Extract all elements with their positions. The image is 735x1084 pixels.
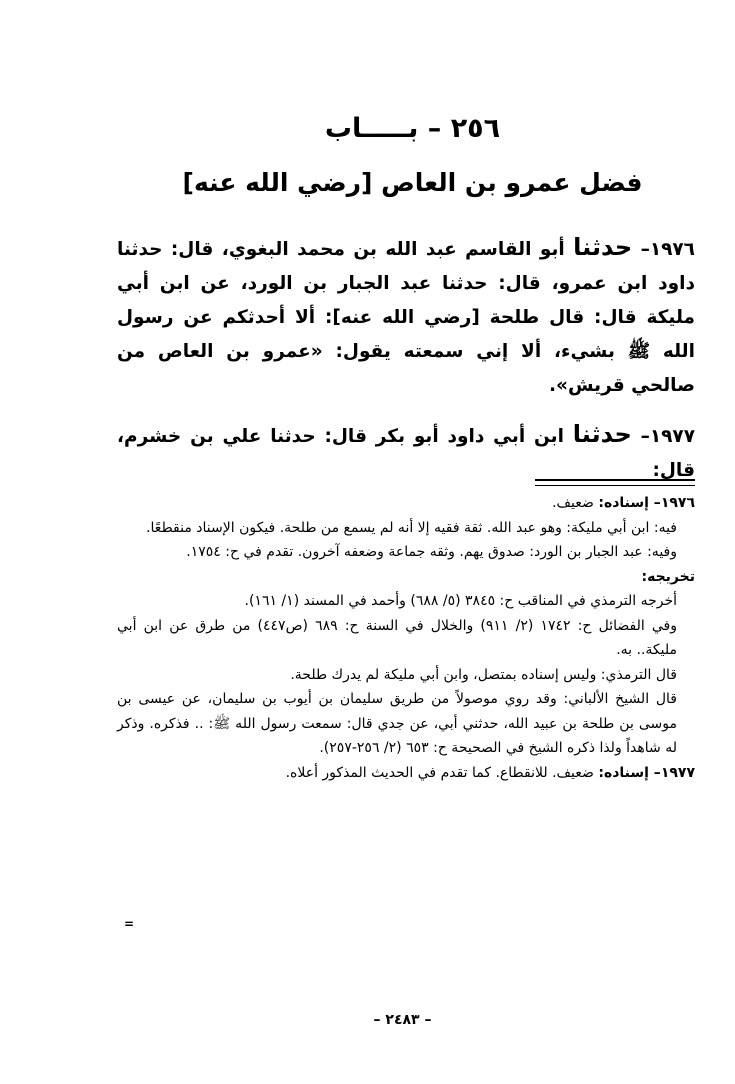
footnotes: ١٩٧٦– إسناده: ضعيف. فيه: ابن أبي مليكة: … bbox=[117, 491, 695, 785]
takhrij-line: أخرجه الترمذي في المناقب ح: ٣٨٤٥ (٥/ ٦٨٨… bbox=[117, 589, 695, 614]
footnote-separator bbox=[535, 479, 695, 486]
footnote-1976-line: فيه: ابن أبي مليكة: وهو عبد الله. ثقة فق… bbox=[117, 516, 695, 541]
haddathana-marker: حدثنا bbox=[573, 420, 632, 448]
chapter-title: فضل عمرو بن العاص [رضي الله عنه] bbox=[0, 168, 735, 197]
takhrij-heading: تخريجه: bbox=[117, 565, 695, 590]
hadith-1977: ١٩٧٧– حدثنا ابن أبي داود أبو بكر قال: حد… bbox=[117, 417, 695, 488]
book-page: ٢٥٦ – بـــــاب فضل عمرو بن العاص [رضي ال… bbox=[0, 0, 735, 1084]
chapter-number: ٢٥٦ – بـــــاب bbox=[0, 113, 735, 144]
hadith-number: ١٩٧٦– bbox=[641, 239, 695, 260]
haddathana-marker: حدثنا bbox=[573, 233, 632, 261]
footnote-1976-line: وفيه: عبد الجبار بن الورد: صدوق يهم. وثق… bbox=[117, 540, 695, 565]
hadith-number: ١٩٧٧– bbox=[641, 426, 695, 447]
footnote-1976-heading: ١٩٧٦– إسناده: ضعيف. bbox=[117, 491, 695, 516]
page-number: – ٢٤٨٣ – bbox=[0, 1012, 735, 1028]
takhrij-line: وفي الفضائل ح: ١٧٤٢ (٢/ ٩١١) والخلال في … bbox=[117, 614, 695, 663]
takhrij-line: قال الترمذي: وليس إسناده بمتصل، وابن أبي… bbox=[117, 663, 695, 688]
footnote-1977: ١٩٧٧– إسناده: ضعيف. للانقطاع. كما تقدم ف… bbox=[117, 761, 695, 786]
hadith-1976: ١٩٧٦– حدثنا أبو القاسم عبد الله بن محمد … bbox=[117, 230, 695, 403]
continuation-mark: = bbox=[124, 917, 134, 931]
takhrij-line: قال الشيخ الألباني: وقد روي موصولاً من ط… bbox=[117, 687, 695, 761]
